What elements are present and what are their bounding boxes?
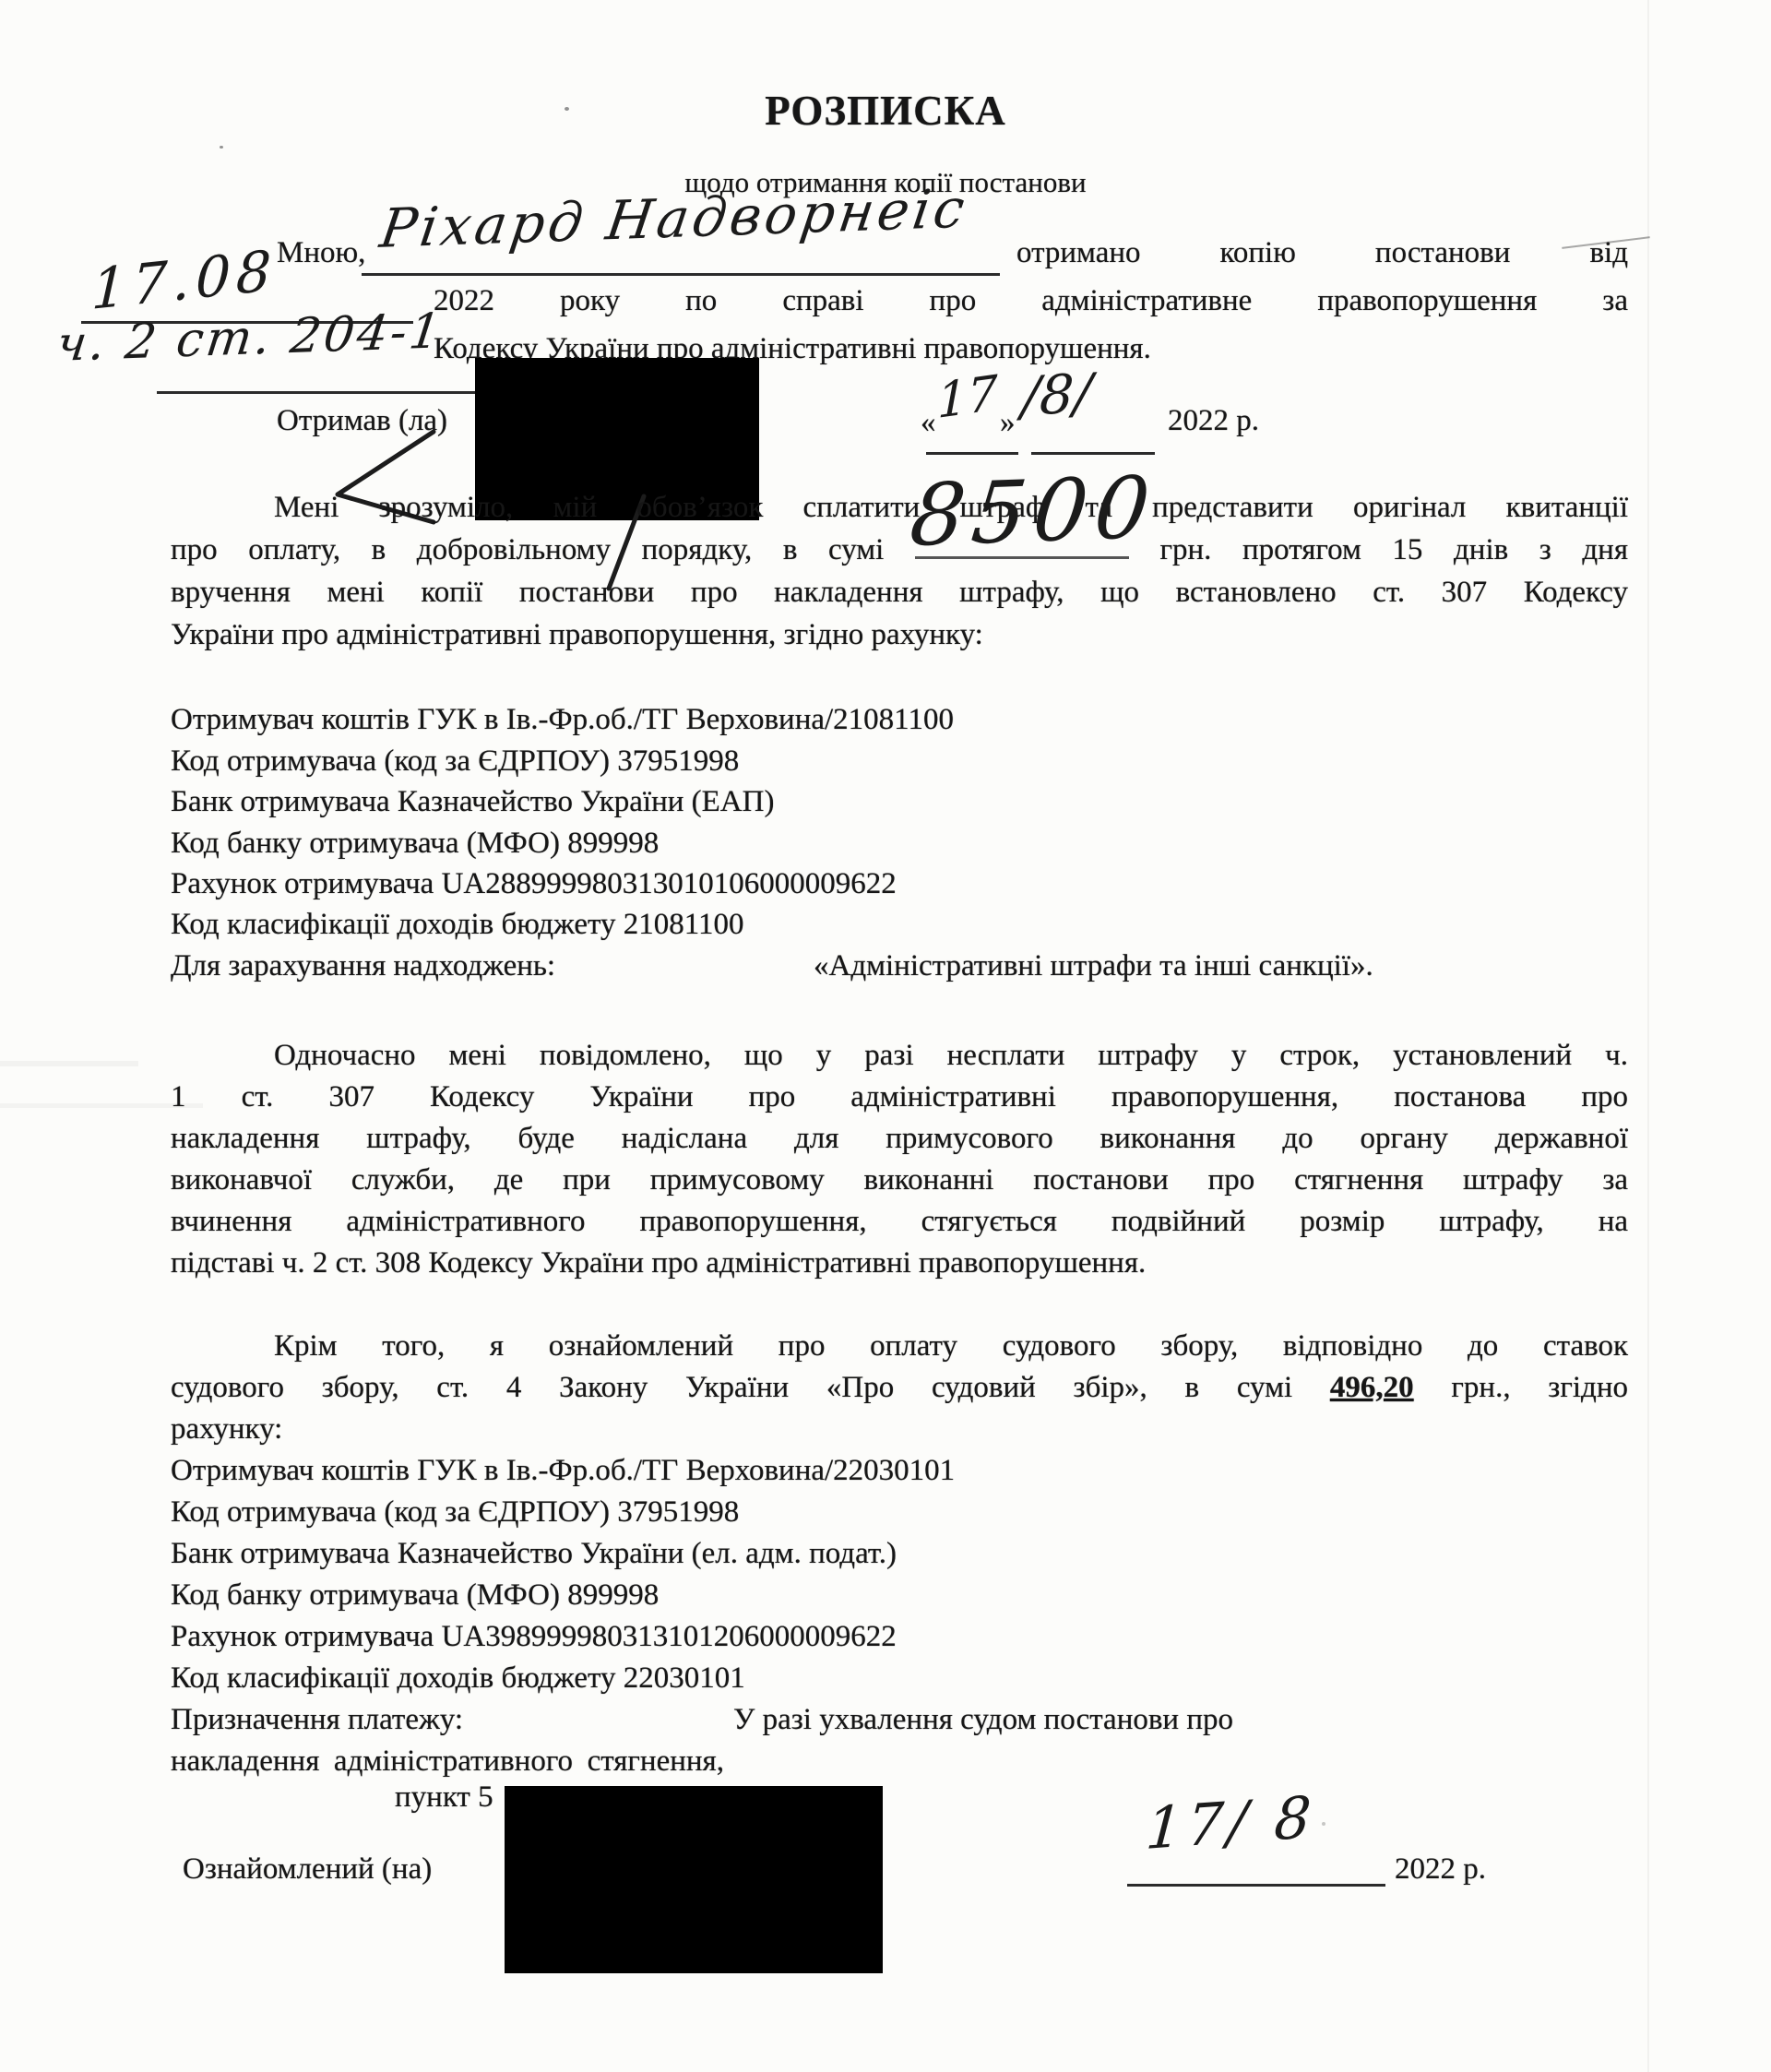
warning-line2: 1 ст. 307 Кодексу України про адміністра… <box>171 1080 1628 1115</box>
obligation-line1: Мені зрозуміло, мій обов’язок сплатити ш… <box>171 491 1628 526</box>
redaction-box-signature-bottom <box>505 1786 883 1973</box>
received-label: Отримав (ла) <box>277 404 447 439</box>
received-year: 2022 р. <box>1168 404 1259 439</box>
court-fee-amount: 496,20 <box>1330 1371 1414 1404</box>
account2-purpose-label: Призначення платежу: <box>171 1703 463 1738</box>
intro-line2-text: 2022 року по справі про адміністративне … <box>434 284 1628 319</box>
account1-bank: Банк отримувача Казначейство України (ЕА… <box>171 785 774 820</box>
handwritten-day: 17 <box>937 365 998 430</box>
smudge-artifact <box>0 1061 138 1066</box>
account2-bank-code: Код банку отримувача (МФО) 899998 <box>171 1578 659 1614</box>
warning-line5: вчинення адміністративного правопорушенн… <box>171 1205 1628 1240</box>
speck-artifact <box>220 146 223 149</box>
account2-budget-code: Код класифікації доходів бюджету 2203010… <box>171 1661 745 1697</box>
account2-purpose-line3: пункт 5 <box>395 1780 493 1816</box>
account2-purpose-value: У разі ухвалення судом постанови про <box>733 1703 1233 1738</box>
obligation-line4: України про адміністративні правопорушен… <box>171 618 983 653</box>
account2-purpose-line2: накладення адміністративного стягнення, <box>171 1745 724 1780</box>
account1-purpose-value: «Адміністративні штрафи та інші санкції»… <box>814 949 1373 984</box>
warning-line1: Одночасно мені повідомлено, що у разі не… <box>171 1039 1628 1074</box>
handwritten-date-bottom: 17/ 8 <box>1144 1783 1318 1863</box>
court-fee-line1: Крім того, я ознайомлений про оплату суд… <box>171 1329 1628 1364</box>
account2-iban: Рахунок отримувача UA3989999803131012060… <box>171 1620 897 1655</box>
article-blank-underline <box>157 391 489 394</box>
acknowledged-label: Ознайомлений (на) <box>183 1852 432 1887</box>
account1-budget-code: Код класифікації доходів бюджету 2108110… <box>171 908 744 943</box>
received-month-underline <box>1031 452 1155 455</box>
document-title: РОЗПИСКА <box>0 87 1771 135</box>
account2-bank: Банк отримувача Казначейство України (ел… <box>171 1537 897 1572</box>
account2-recipient: Отримувач коштів ГУК в Ів.-Фр.об./ТГ Вер… <box>171 1454 955 1489</box>
fold-line-artifact <box>1647 0 1649 2072</box>
warning-line4: виконавчої служби, де при примусовому ви… <box>171 1163 1628 1198</box>
account1-recipient-code: Код отримувача (код за ЄДРПОУ) 37951998 <box>171 744 739 780</box>
obligation-line3: вручення мені копії постанови про наклад… <box>171 576 1628 611</box>
warning-line6: підставі ч. 2 ст. 308 Кодексу України пр… <box>171 1246 1146 1281</box>
account1-recipient: Отримувач коштів ГУК в Ів.-Фр.об./ТГ Вер… <box>171 703 954 738</box>
account1-iban: Рахунок отримувача UA2889999803130101060… <box>171 867 897 902</box>
received-quote-close: » <box>1000 406 1016 441</box>
obligation-line2: про оплату, в добровільному порядку, в с… <box>171 533 1628 568</box>
account1-bank-code: Код банку отримувача (МФО) 899998 <box>171 827 659 862</box>
court-fee-line2: судового збору, ст. 4 Закону України «Пр… <box>171 1371 1628 1406</box>
account1-purpose-label: Для зарахування надходжень: <box>171 949 555 984</box>
warning-line3: накладення штрафу, буде надіслана для пр… <box>171 1122 1628 1157</box>
speck-artifact <box>1322 1822 1325 1826</box>
court-fee-line3: рахунку: <box>171 1412 282 1447</box>
received-quote-open: « <box>921 406 936 441</box>
acknowledged-year: 2022 р. <box>1395 1852 1486 1887</box>
intro-line1-post: отримано копію постанови від <box>1016 236 1628 271</box>
account2-recipient-code: Код отримувача (код за ЄДРПОУ) 37951998 <box>171 1495 739 1530</box>
name-blank-underline <box>362 273 1000 276</box>
received-day-underline <box>926 452 1018 455</box>
intro-line1-pre: Мною, <box>277 236 365 271</box>
scanned-receipt-document: РОЗПИСКА щодо отримання копії постанови … <box>0 0 1771 2072</box>
handwritten-month: /8/ <box>1020 362 1093 428</box>
acknowledged-date-underline <box>1127 1884 1385 1887</box>
handwritten-fine-amount: 8500 <box>906 458 1161 566</box>
